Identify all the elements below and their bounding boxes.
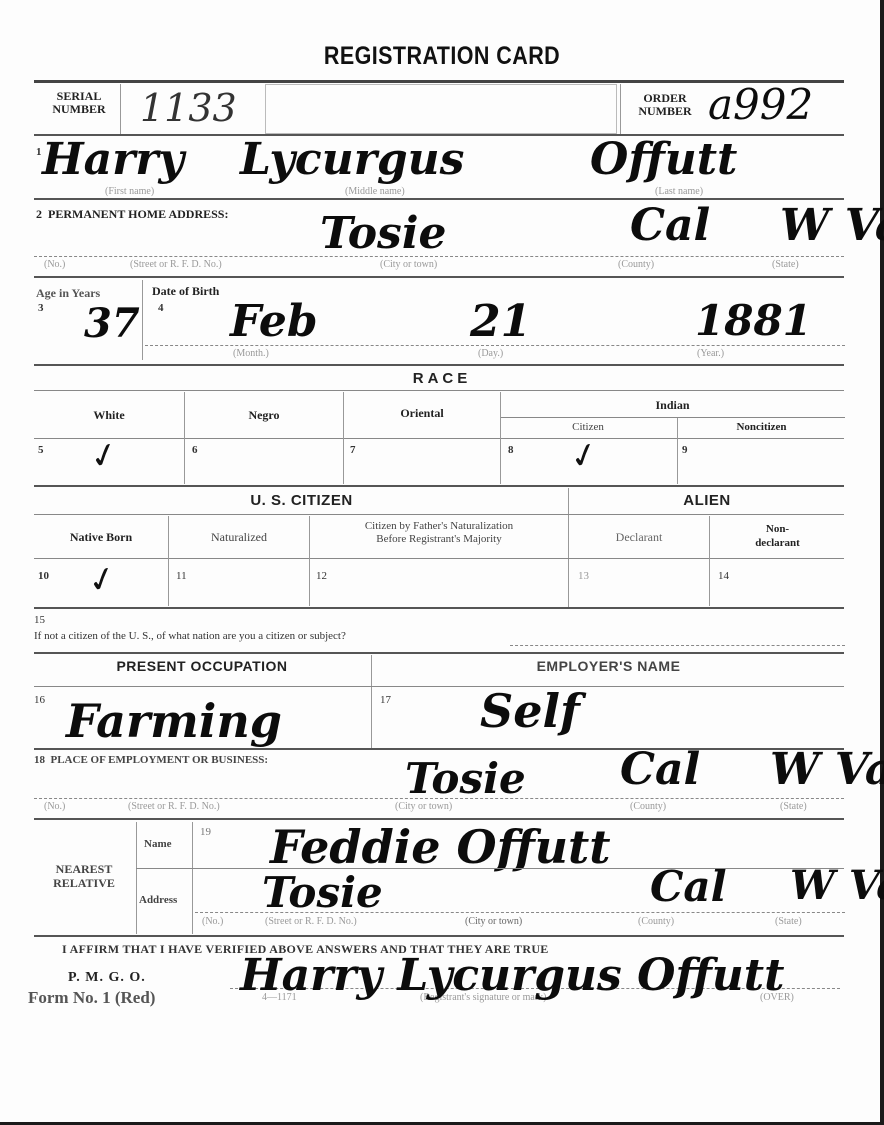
naturalized-label: Naturalized xyxy=(170,530,308,545)
divider xyxy=(34,276,844,278)
divider xyxy=(184,392,185,484)
divider xyxy=(195,912,845,913)
divider xyxy=(677,418,678,484)
divider xyxy=(120,84,121,134)
first-name-value: Harry xyxy=(42,134,184,185)
relative-city-value: Tosie xyxy=(262,868,383,917)
divider xyxy=(34,256,844,257)
nearest-relative-line1: NEAREST xyxy=(34,862,134,876)
birth-year-caption: (Year.) xyxy=(697,348,724,359)
non-declarant-line1: Non- xyxy=(710,522,845,536)
home-city-caption: (City or town) xyxy=(380,259,437,270)
relative-city-caption: (City or town) xyxy=(465,916,522,927)
employment-place-label-text: PLACE OF EMPLOYMENT OR BUSINESS: xyxy=(51,754,269,766)
race-negro-label: Negro xyxy=(186,408,342,423)
relative-name-value: Feddie Offutt xyxy=(270,820,611,874)
us-citizen-header: U. S. CITIZEN xyxy=(34,492,569,509)
age-value: 37 xyxy=(84,300,140,347)
employer-value: Self xyxy=(480,684,580,738)
birth-day-caption: (Day.) xyxy=(478,348,503,359)
divider xyxy=(34,364,844,366)
employment-place-label: 18 PLACE OF EMPLOYMENT OR BUSINESS: xyxy=(34,754,268,766)
home-street-caption: (Street or R. F. D. No.) xyxy=(130,259,222,270)
field-number: 7 xyxy=(350,444,356,456)
home-address-label-text: PERMANENT HOME ADDRESS: xyxy=(48,207,228,221)
race-oriental-label: Oriental xyxy=(344,406,500,421)
divider xyxy=(34,390,844,391)
serial-number-value: 1133 xyxy=(140,86,237,130)
divider xyxy=(309,516,310,606)
field-number: 12 xyxy=(316,570,327,582)
home-no-caption: (No.) xyxy=(44,259,65,270)
divider xyxy=(34,514,844,515)
relative-address-label: Address xyxy=(139,894,177,906)
race-white-label: White xyxy=(34,408,184,423)
order-number-value: a992 xyxy=(708,80,813,129)
middle-name-value: Lycurgus xyxy=(240,134,464,185)
divider xyxy=(34,686,844,687)
home-state-caption: (State) xyxy=(772,259,799,270)
form-number-label: Form No. 1 (Red) xyxy=(28,988,155,1008)
employment-city-value: Tosie xyxy=(405,754,526,803)
nation-question: If not a citizen of the U. S., of what n… xyxy=(34,630,346,642)
field-number: 9 xyxy=(682,444,688,456)
race-header: RACE xyxy=(0,370,884,387)
check-mark-icon: ✓ xyxy=(83,557,121,603)
last-name-value: Offutt xyxy=(590,134,737,185)
race-indian-noncitizen-label: Noncitizen xyxy=(678,421,845,433)
field-number: 3 xyxy=(38,302,44,314)
first-name-caption: (First name) xyxy=(105,186,154,197)
blank-box xyxy=(265,84,617,134)
field-number: 2 xyxy=(36,207,42,221)
order-number-label: ORDER NUMBER xyxy=(624,92,706,118)
relative-state-value: W Va xyxy=(790,862,884,909)
relative-street-caption: (Street or R. F. D. No.) xyxy=(265,916,357,927)
divider xyxy=(500,417,845,418)
non-declarant-line2: declarant xyxy=(710,536,845,550)
non-declarant-label: Non- declarant xyxy=(710,522,845,550)
home-city-value: Tosie xyxy=(320,208,447,259)
pmgo-label: P. M. G. O. xyxy=(68,970,146,986)
citizen-by-father-label: Citizen by Father's Naturalization Befor… xyxy=(310,520,568,546)
divider xyxy=(343,392,344,484)
divider xyxy=(34,198,844,200)
relative-county-value: Cal xyxy=(650,862,727,911)
occupation-value: Farming xyxy=(66,694,282,748)
home-county-caption: (County) xyxy=(618,259,654,270)
birth-month-value: Feb xyxy=(230,296,318,347)
field-number: 16 xyxy=(34,694,45,706)
age-label: Age in Years xyxy=(36,286,100,301)
divider xyxy=(34,438,844,439)
divider xyxy=(136,822,137,934)
divider xyxy=(500,392,501,484)
employment-street-caption: (Street or R. F. D. No.) xyxy=(128,801,220,812)
employment-county-caption: (County) xyxy=(630,801,666,812)
field-number: 18 xyxy=(34,754,45,766)
divider xyxy=(371,655,372,750)
home-state-value: W Va xyxy=(780,200,884,251)
nearest-relative-line2: RELATIVE xyxy=(34,876,134,890)
employment-state-value: W Va xyxy=(770,744,884,795)
field-number: 6 xyxy=(192,444,198,456)
divider xyxy=(34,607,844,609)
birth-month-caption: (Month.) xyxy=(233,348,269,359)
dob-label: Date of Birth xyxy=(152,284,219,299)
check-mark-icon: ✓ xyxy=(85,433,123,479)
alien-header: ALIEN xyxy=(569,492,845,509)
divider xyxy=(34,652,844,654)
divider xyxy=(510,645,845,646)
divider xyxy=(34,798,844,799)
birth-day-value: 21 xyxy=(470,296,531,347)
home-address-label: 2 PERMANENT HOME ADDRESS: xyxy=(36,207,228,222)
divider xyxy=(142,280,143,360)
relative-county-caption: (County) xyxy=(638,916,674,927)
divider xyxy=(620,84,621,134)
race-indian-header: Indian xyxy=(500,398,845,413)
divider xyxy=(709,516,710,606)
occupation-header: PRESENT OCCUPATION xyxy=(34,658,370,674)
middle-name-caption: (Middle name) xyxy=(345,186,405,197)
citizen-by-father-line2: Before Registrant's Majority xyxy=(310,533,568,546)
registrant-signature: Harry Lycurgus Offutt xyxy=(240,950,784,1001)
last-name-caption: (Last name) xyxy=(655,186,703,197)
declarant-label: Declarant xyxy=(569,530,709,545)
employment-city-caption: (City or town) xyxy=(395,801,452,812)
employment-state-caption: (State) xyxy=(780,801,807,812)
field-number: 5 xyxy=(38,444,44,456)
card-title: REGISTRATION CARD xyxy=(62,42,822,71)
divider xyxy=(136,868,844,869)
nearest-relative-label: NEAREST RELATIVE xyxy=(34,862,134,890)
registration-card: REGISTRATION CARD SERIAL NUMBER 1133 ORD… xyxy=(0,0,884,1125)
field-number: 8 xyxy=(508,444,514,456)
native-born-label: Native Born xyxy=(34,530,168,545)
field-number: 13 xyxy=(578,570,589,582)
divider xyxy=(34,485,844,487)
divider xyxy=(34,935,844,937)
divider xyxy=(34,558,844,559)
divider xyxy=(192,822,193,934)
order-label-line2: NUMBER xyxy=(624,105,706,118)
divider xyxy=(568,488,569,608)
field-number: 10 xyxy=(38,570,49,582)
serial-label-line2: NUMBER xyxy=(38,103,120,116)
relative-no-caption: (No.) xyxy=(202,916,223,927)
field-number: 1 xyxy=(36,146,42,158)
field-number: 4 xyxy=(158,302,164,314)
field-number: 17 xyxy=(380,694,391,706)
birth-year-value: 1881 xyxy=(695,296,812,345)
race-indian-citizen-label: Citizen xyxy=(500,421,676,433)
serial-number-label: SERIAL NUMBER xyxy=(38,90,120,116)
relative-name-label: Name xyxy=(144,838,172,850)
employment-no-caption: (No.) xyxy=(44,801,65,812)
employer-header: EMPLOYER'S NAME xyxy=(372,658,845,674)
citizen-by-father-line1: Citizen by Father's Naturalization xyxy=(310,520,568,533)
field-number: 15 xyxy=(34,614,45,626)
home-county-value: Cal xyxy=(630,200,710,251)
relative-state-caption: (State) xyxy=(775,916,802,927)
field-number: 11 xyxy=(176,570,187,582)
divider xyxy=(145,345,845,346)
check-mark-icon: ✓ xyxy=(565,433,603,479)
field-number: 19 xyxy=(200,826,211,838)
divider xyxy=(34,748,844,750)
employment-county-value: Cal xyxy=(620,744,700,795)
divider xyxy=(168,516,169,606)
field-number: 14 xyxy=(718,570,729,582)
